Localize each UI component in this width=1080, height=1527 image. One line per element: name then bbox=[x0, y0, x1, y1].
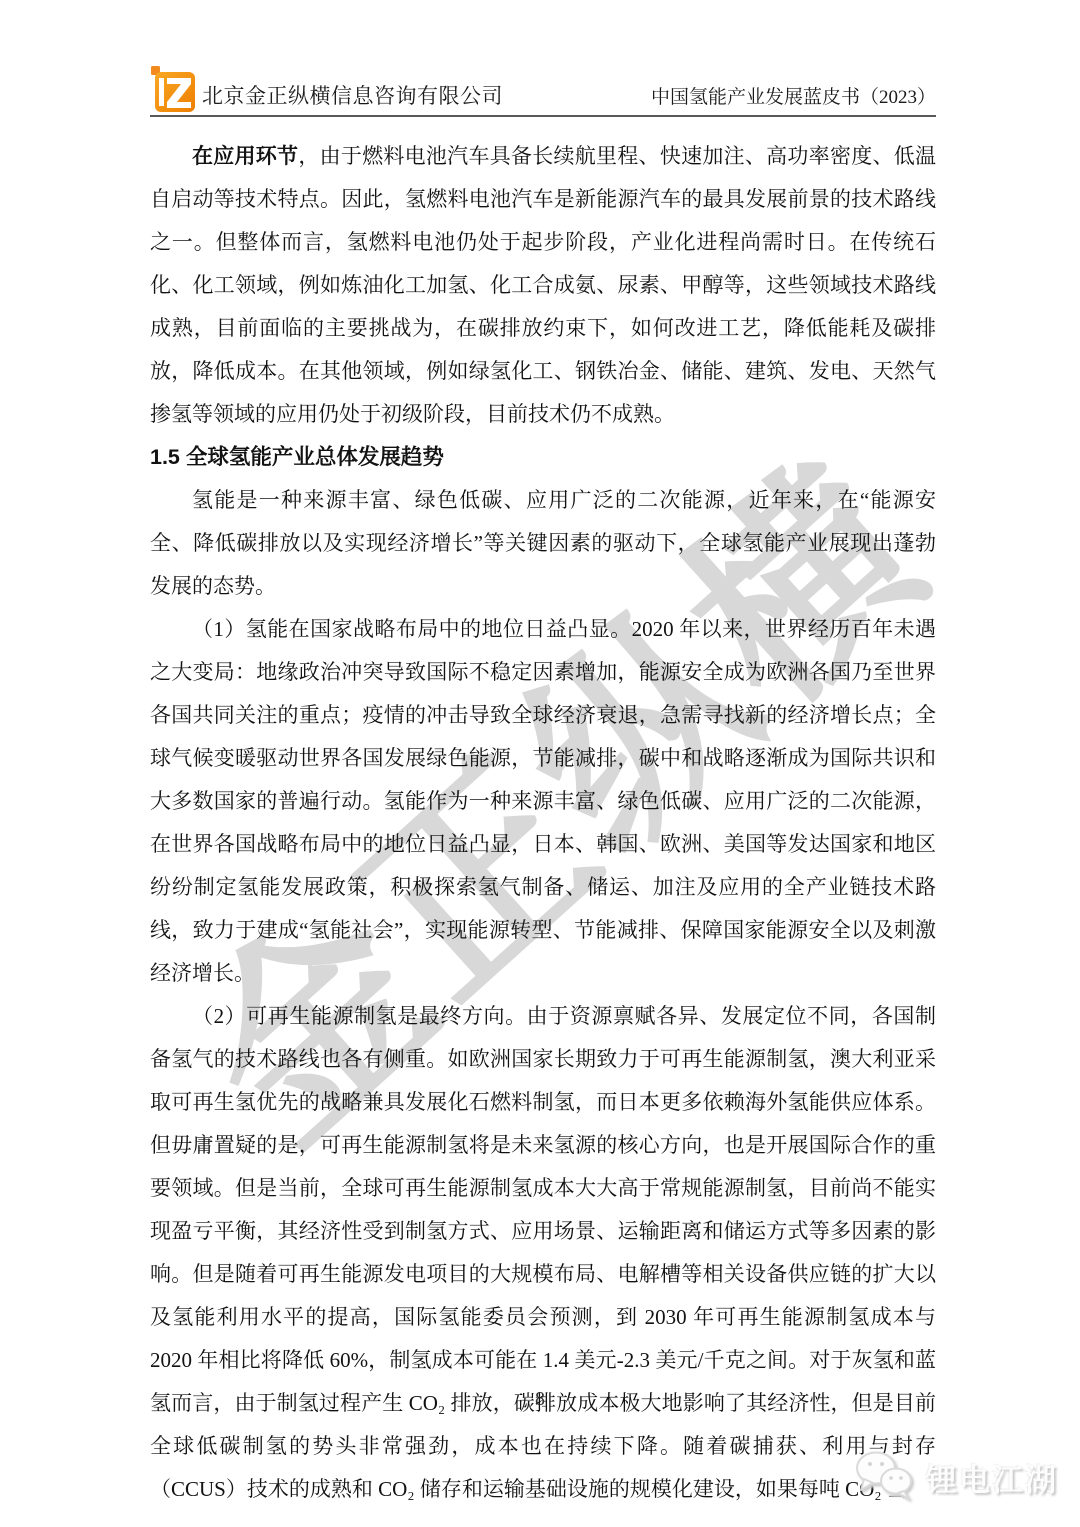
company-logo-icon bbox=[150, 65, 196, 113]
paragraph-lead-bold: 在应用环节 bbox=[192, 145, 298, 168]
paragraph-renewable-hydrogen: （2）可再生能源制氢是最终方向。由于资源禀赋各异、发展定位不同，各国制备氢气的技… bbox=[150, 995, 936, 1511]
header-left: 北京金正纵横信息咨询有限公司 bbox=[150, 62, 503, 110]
wechat-badge-label: 锂电江湖 bbox=[926, 1455, 1058, 1500]
page-content: 北京金正纵横信息咨询有限公司 中国氢能产业发展蓝皮书（2023） 在应用环节，由… bbox=[150, 62, 936, 1511]
page-header: 北京金正纵横信息咨询有限公司 中国氢能产业发展蓝皮书（2023） bbox=[150, 62, 936, 117]
page-number: 8 bbox=[0, 1388, 1080, 1411]
book-title: 中国氢能产业发展蓝皮书（2023） bbox=[651, 82, 936, 110]
paragraph-hydrogen-overview: 氢能是一种来源丰富、绿色低碳、应用广泛的二次能源，近年来，在“能源安全、降低碳排… bbox=[150, 479, 936, 608]
paragraph-application-stage: 在应用环节，由于燃料电池汽车具备长续航里程、快速加注、高功率密度、低温自启动等技… bbox=[150, 135, 936, 436]
paragraph-national-strategy: （1）氢能在国家战略布局中的地位日益凸显。2020 年以来，世界经历百年未遇之大… bbox=[150, 608, 936, 995]
section-heading: 1.5 全球氢能产业总体发展趋势 bbox=[150, 436, 936, 479]
paragraph-text: ，由于燃料电池汽车具备长续航里程、快速加注、高功率密度、低温自启动等技术特点。因… bbox=[150, 144, 936, 426]
wechat-icon bbox=[854, 1450, 916, 1505]
document-page: 金正纵横 bbox=[0, 0, 1080, 1527]
document-body: 在应用环节，由于燃料电池汽车具备长续航里程、快速加注、高功率密度、低温自启动等技… bbox=[150, 135, 936, 1511]
wechat-badge: 锂电江湖 bbox=[854, 1450, 1058, 1505]
company-name: 北京金正纵横信息咨询有限公司 bbox=[202, 80, 503, 110]
